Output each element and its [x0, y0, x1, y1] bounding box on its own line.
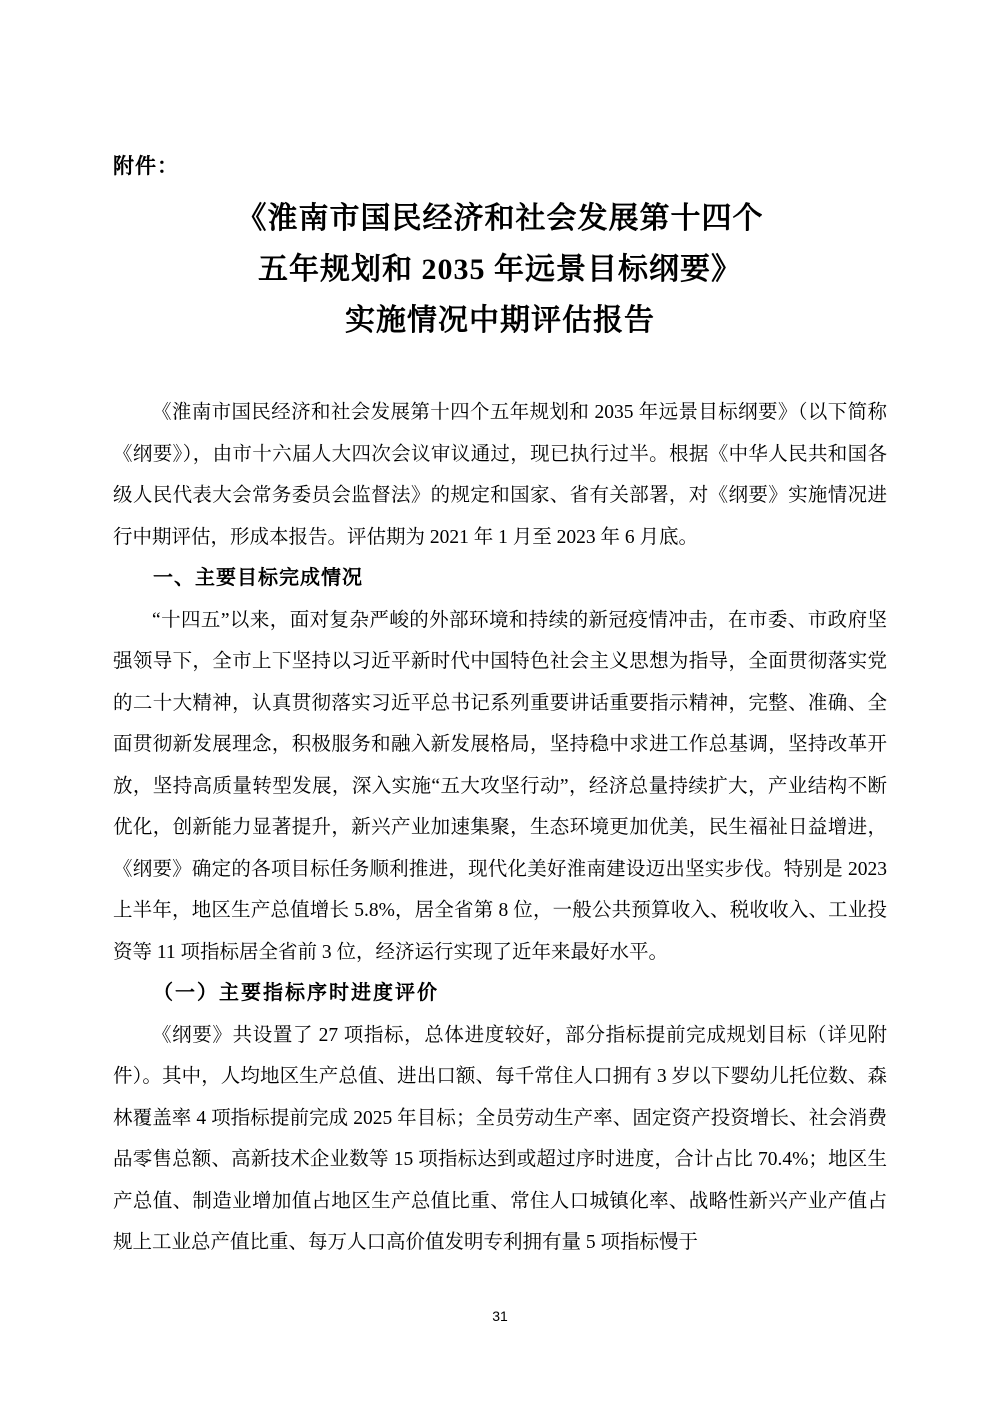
document-title-line-1: 《淮南市国民经济和社会发展第十四个	[0, 193, 1000, 244]
page-number: 31	[0, 1308, 1000, 1324]
document-body: 《淮南市国民经济和社会发展第十四个五年规划和 2035 年远景目标纲要》（以下简…	[113, 392, 887, 1264]
document-page: 附件： 《淮南市国民经济和社会发展第十四个 五年规划和 2035 年远景目标纲要…	[0, 0, 1000, 1415]
attachment-label: 附件：	[113, 150, 179, 180]
subsection-1-heading: （一）主要指标序时进度评价	[113, 973, 887, 1015]
intro-paragraph: 《淮南市国民经济和社会发展第十四个五年规划和 2035 年远景目标纲要》（以下简…	[113, 392, 887, 558]
document-title-line-2: 五年规划和 2035 年远景目标纲要》	[0, 244, 1000, 295]
section-1-heading: 一、主要目标完成情况	[113, 558, 887, 600]
section-1-paragraph: “十四五”以来，面对复杂严峻的外部环境和持续的新冠疫情冲击，在市委、市政府坚强领…	[113, 600, 887, 974]
document-title-line-3: 实施情况中期评估报告	[0, 295, 1000, 346]
subsection-1-paragraph: 《纲要》共设置了 27 项指标，总体进度较好，部分指标提前完成规划目标（详见附件…	[113, 1015, 887, 1264]
document-title: 《淮南市国民经济和社会发展第十四个 五年规划和 2035 年远景目标纲要》 实施…	[0, 193, 1000, 346]
